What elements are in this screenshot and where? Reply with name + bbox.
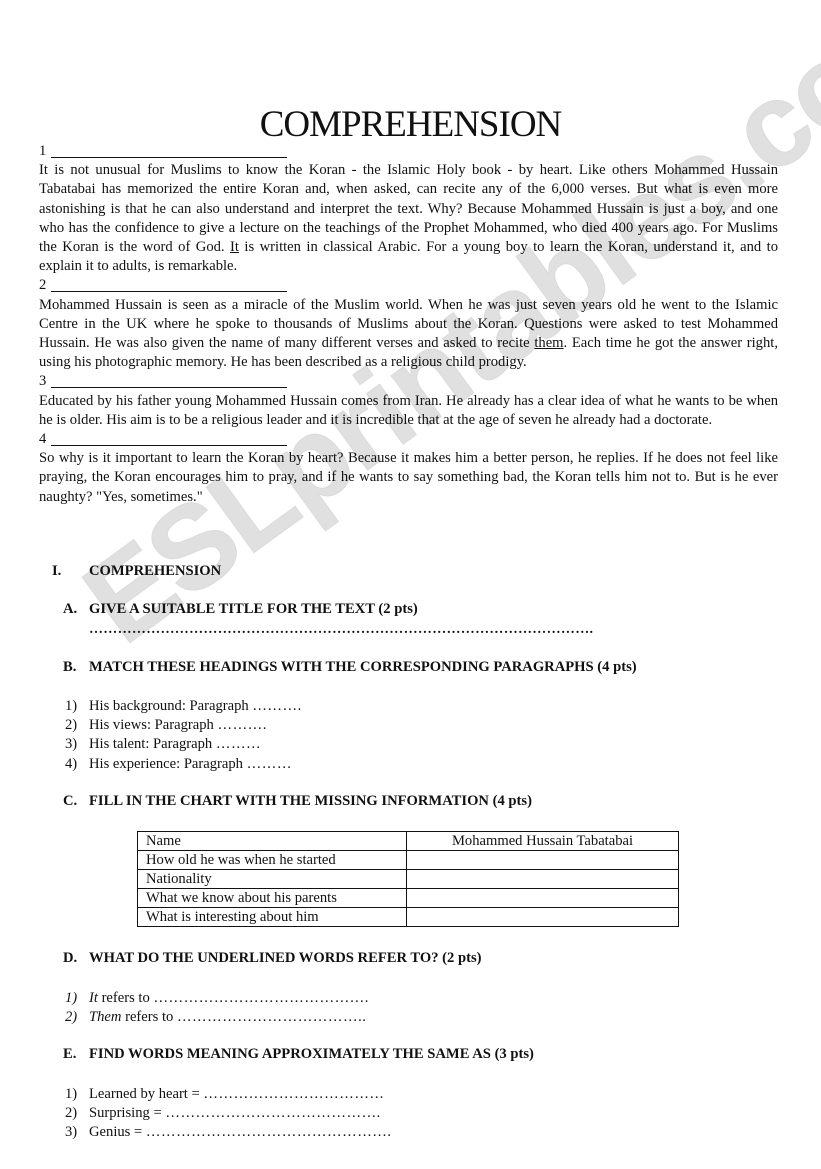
heading-blank-line[interactable] [51, 372, 287, 388]
reading-passage: 1 It is not unusual for Muslims to know … [39, 142, 778, 507]
section-heading: I.COMPREHENSION [52, 563, 221, 580]
question-a-heading: A.GIVE A SUITABLE TITLE FOR THE TEXT (2 … [63, 601, 418, 618]
list-item: 1)His background: Paragraph ………. [65, 697, 302, 716]
underlined-word-them: them [534, 335, 563, 351]
question-d-heading: D.WHAT DO THE UNDERLINED WORDS REFER TO?… [63, 950, 481, 967]
list-item: 3)His talent: Paragraph ……… [65, 735, 302, 754]
table-row: How old he was when he started [138, 851, 679, 870]
paragraph-number: 1 [39, 142, 51, 161]
answer-blank[interactable]: ……………………………………. [165, 1105, 380, 1121]
table-row: What is interesting about him [138, 908, 679, 927]
paragraph-heading-4: 4 [39, 430, 778, 449]
list-item: 1)Learned by heart = ……………………………… [65, 1085, 392, 1104]
paragraph-number: 3 [39, 372, 51, 391]
answer-blank[interactable]: ……………………………….. [177, 1009, 366, 1025]
paragraph-number: 2 [39, 276, 51, 295]
answer-cell[interactable] [407, 889, 679, 908]
reference-list: 1)It refers to ……………………………………. 2)Them re… [65, 989, 369, 1027]
list-item: 2)Them refers to ……………………………….. [65, 1008, 369, 1027]
heading-blank-line[interactable] [51, 276, 287, 292]
heading-blank-line[interactable] [51, 142, 287, 158]
answer-blank[interactable]: ……………………………………. [153, 990, 368, 1006]
table-cell: What we know about his parents [138, 889, 407, 908]
table-cell: Name [138, 832, 407, 851]
section-number: I. [52, 563, 89, 580]
answer-cell[interactable] [407, 908, 679, 927]
table-cell: How old he was when he started [138, 851, 407, 870]
answer-blank[interactable]: ………. [252, 698, 301, 714]
section-label: COMPREHENSION [89, 563, 221, 579]
table-row: Nationality [138, 870, 679, 889]
answer-cell[interactable] [407, 851, 679, 870]
table-cell: Nationality [138, 870, 407, 889]
paragraph-number: 4 [39, 430, 51, 449]
answer-blank[interactable]: …………………………………………. [146, 1124, 392, 1140]
paragraph-1: It is not unusual for Muslims to know th… [39, 161, 778, 276]
paragraph-4: So why is it important to learn the Kora… [39, 449, 778, 507]
paragraph-heading-2: 2 [39, 276, 778, 295]
answer-blank[interactable]: ………. [217, 717, 266, 733]
underlined-word-it: It [230, 239, 239, 255]
info-chart-table: Name Mohammed Hussain Tabatabai How old … [137, 831, 679, 927]
table-cell: Mohammed Hussain Tabatabai [407, 832, 679, 851]
table-row: What we know about his parents [138, 889, 679, 908]
answer-cell[interactable] [407, 870, 679, 889]
answer-blank[interactable]: ……… [216, 736, 261, 752]
paragraph-2: Mohammed Hussain is seen as a miracle of… [39, 296, 778, 373]
list-item: 2)Surprising = ……………………………………. [65, 1104, 392, 1123]
table-header-row: Name Mohammed Hussain Tabatabai [138, 832, 679, 851]
list-item: 2)His views: Paragraph ………. [65, 716, 302, 735]
title-answer-line[interactable]: ……………………………………………………………………………………………. [89, 622, 593, 638]
answer-blank[interactable]: ……… [247, 756, 292, 772]
heading-blank-line[interactable] [51, 430, 287, 446]
page-title: COMPREHENSION [0, 103, 821, 146]
question-e-heading: E.FIND WORDS MEANING APPROXIMATELY THE S… [63, 1046, 534, 1063]
question-c-heading: C.FILL IN THE CHART WITH THE MISSING INF… [63, 793, 532, 810]
matching-list: 1)His background: Paragraph ………. 2)His v… [65, 697, 302, 774]
answer-blank[interactable]: ……………………………… [203, 1086, 384, 1102]
synonym-list: 1)Learned by heart = ……………………………… 2)Surp… [65, 1085, 392, 1143]
list-item: 1)It refers to ……………………………………. [65, 989, 369, 1008]
list-item: 3)Genius = …………………………………………. [65, 1123, 392, 1142]
table-cell: What is interesting about him [138, 908, 407, 927]
paragraph-heading-1: 1 [39, 142, 778, 161]
question-b-heading: B.MATCH THESE HEADINGS WITH THE CORRESPO… [63, 659, 637, 676]
paragraph-3: Educated by his father young Mohammed Hu… [39, 392, 778, 430]
paragraph-heading-3: 3 [39, 372, 778, 391]
list-item: 4)His experience: Paragraph ……… [65, 755, 302, 774]
